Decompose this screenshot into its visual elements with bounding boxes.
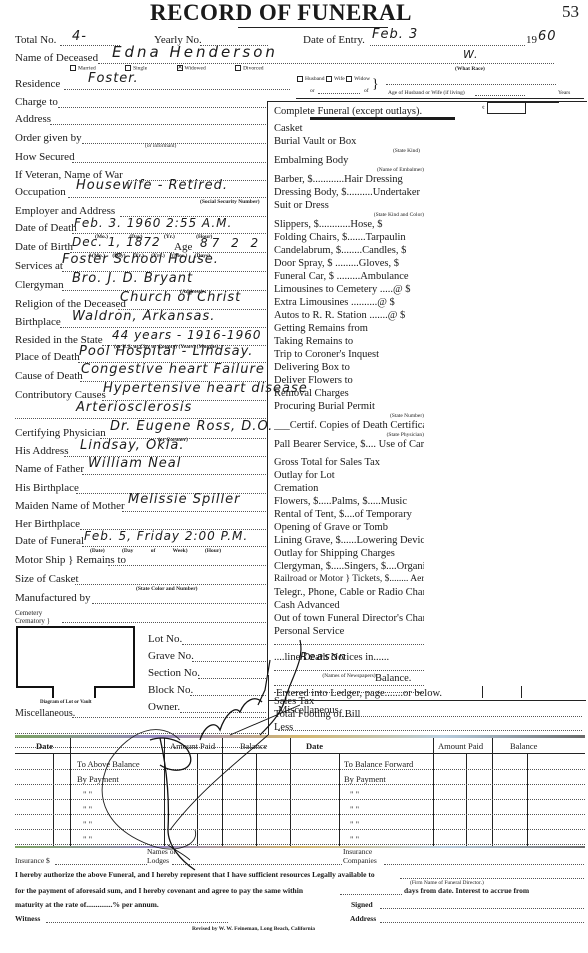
marital-divorced[interactable]: Divorced xyxy=(235,65,263,71)
occupation-line xyxy=(68,197,266,198)
charge-item[interactable]: Folding Chairs, $.......Tarpaulin xyxy=(274,231,424,244)
page-number: 53 xyxy=(562,2,579,22)
amount-box[interactable] xyxy=(487,102,525,114)
charge-item[interactable]: Flowers, $.....Palms, $.....Music xyxy=(274,495,424,508)
deceased-name-value[interactable]: Edna Henderson xyxy=(112,45,278,59)
cents-mark: ¢ xyxy=(482,105,485,111)
block-no-line[interactable] xyxy=(190,695,266,696)
race-value[interactable]: W. xyxy=(463,48,478,62)
charge-item[interactable]: Rental of Tent, $....of Temporary xyxy=(274,508,424,521)
brace: } xyxy=(372,78,379,91)
less-value[interactable]: Reason xyxy=(300,650,347,664)
days-line[interactable] xyxy=(340,894,402,895)
table-row[interactable]: To Balance Forward xyxy=(290,757,585,772)
charge-item[interactable]: Limousines to Cemetery .....@ $ xyxy=(274,283,424,296)
blank-line[interactable] xyxy=(274,644,424,645)
occupation-label: Occupation xyxy=(15,186,66,199)
charge-item[interactable]: Casket xyxy=(274,122,424,135)
mother-value[interactable]: Melissie Spiller xyxy=(128,493,240,507)
her-birthplace-label: Her Birthplace xyxy=(15,518,80,531)
date-of-death-value[interactable]: Feb. 3. 1960 2:55 A.M. xyxy=(74,216,232,230)
charge-item[interactable]: ....line Death Notices in...... xyxy=(274,651,424,664)
misc-right-line-1[interactable] xyxy=(342,716,582,717)
charge-item[interactable]: Candelabrum, $........Candles, $ xyxy=(274,244,424,257)
row-line xyxy=(290,784,585,785)
size-of-casket-label: Size of Casket xyxy=(15,573,79,586)
row-line xyxy=(290,799,585,800)
insurance-label: Insurance $ xyxy=(15,856,50,865)
charge-item[interactable]: Suit or Dress xyxy=(274,199,424,212)
misc-right-label: Miscellaneous xyxy=(278,704,339,717)
table-row[interactable]: " " xyxy=(290,787,585,802)
authorization-line-2b: days from date. Interest to accrue from xyxy=(404,886,529,895)
checkbox-icon[interactable] xyxy=(297,76,303,82)
spouse-widow[interactable]: Widow xyxy=(346,76,370,82)
ledger-divider xyxy=(521,686,522,698)
table-row[interactable]: " " xyxy=(290,832,585,847)
his-address-value[interactable]: Lindsay, Okla. xyxy=(80,439,185,453)
charge-item[interactable]: Telegr., Phone, Cable or Radio Charges xyxy=(274,586,424,599)
charge-item[interactable]: Opening of Grave or Tomb xyxy=(274,521,424,534)
signed-line[interactable] xyxy=(380,908,584,909)
spouse-options: Husband Wife Widow xyxy=(297,76,370,82)
panel-border-lower xyxy=(268,675,269,735)
residence-label: Residence xyxy=(15,78,60,91)
header-rule xyxy=(15,753,585,754)
name-line xyxy=(98,63,554,64)
physician-value[interactable]: Dr. Eugene Ross, D.O. xyxy=(110,420,273,434)
manufactured-by-label: Manufactured by xyxy=(15,592,90,605)
charge-item[interactable]: Procuring Burial Permit xyxy=(274,400,424,413)
amount-box-cents[interactable] xyxy=(525,102,559,114)
charge-item[interactable]: Getting Remains from xyxy=(274,322,424,335)
charge-item[interactable]: Out of town Funeral Director's Charges xyxy=(274,612,424,625)
charge-item[interactable]: Autos to R. R. Station .......@ $ xyxy=(274,309,424,322)
col-balance-header-right: Balance xyxy=(510,741,537,751)
mother-line xyxy=(122,511,266,512)
name-of-deceased-label: Name of Deceased xyxy=(15,52,98,65)
row-line xyxy=(15,799,290,800)
table-row[interactable]: To Above Balance xyxy=(15,757,290,772)
table-top-rule xyxy=(15,735,585,738)
col-date-header-right: Date xyxy=(306,741,323,751)
table-row[interactable]: " " xyxy=(15,817,290,832)
row-line xyxy=(290,814,585,815)
charge-item[interactable]: Embalming Body xyxy=(274,154,424,167)
father-label: Name of Father xyxy=(15,463,84,476)
checkbox-icon[interactable] xyxy=(70,65,76,71)
date-of-entry-label: Date of Entry. xyxy=(303,34,365,47)
ssn-caption: (Social Security Number) xyxy=(200,199,260,205)
row-line xyxy=(15,769,290,770)
lodges-line[interactable] xyxy=(172,864,342,865)
lot-no-line[interactable] xyxy=(182,644,266,645)
birthplace-value[interactable]: Waldron, Arkansas. xyxy=(72,310,215,324)
authorization-line-2: for the payment of aforesaid sum, and I … xyxy=(15,886,303,895)
his-address-label: His Address xyxy=(15,445,68,458)
services-at-value[interactable]: Foster School House. xyxy=(62,253,219,267)
total-no-line xyxy=(60,45,120,46)
charges-list: Casket Burial Vault or Box (State Kind) … xyxy=(274,122,424,734)
date-of-death-label: Date of Death xyxy=(15,222,77,235)
address-label-footer: Address xyxy=(350,914,376,923)
checkbox-icon[interactable] xyxy=(326,76,332,82)
table-bottom-rule xyxy=(15,846,585,848)
order-given-by-label: Order given by xyxy=(15,132,82,145)
year-prefix: 19 xyxy=(526,34,537,47)
owner-line[interactable] xyxy=(180,712,266,713)
charge-item[interactable]: Less xyxy=(274,721,424,734)
charge-item[interactable]: Funeral Car, $ .........Ambulance xyxy=(274,270,424,283)
spouse-name-line xyxy=(386,84,556,85)
charge-item[interactable]: Personal Service xyxy=(274,625,424,638)
charge-item[interactable]: Lining Grave, $......Lowering Device xyxy=(274,534,424,547)
diagram-caption: Diagram of Lot or Vault xyxy=(40,700,92,706)
col-balance-header: Balance xyxy=(240,741,267,751)
birthplace-label: Birthplace xyxy=(15,316,61,329)
resided-value[interactable]: 44 years - 1916-1960 xyxy=(112,328,261,342)
insurance-line[interactable] xyxy=(55,864,147,865)
charge-item[interactable]: Door Spray, $ .........Gloves, $ xyxy=(274,257,424,270)
section-no-line[interactable] xyxy=(198,678,266,679)
ledger-divider xyxy=(482,686,483,698)
charge-to-label: Charge to xyxy=(15,96,58,109)
spouse-wife[interactable]: Wife xyxy=(326,76,345,82)
spouse-husband[interactable]: Husband xyxy=(297,76,325,82)
section-no-label: Section No. xyxy=(148,667,200,680)
manufactured-line[interactable] xyxy=(92,603,266,604)
services-at-label: Services at xyxy=(15,260,63,273)
firm-name-line[interactable] xyxy=(400,878,584,879)
footer-address-line[interactable] xyxy=(380,922,584,923)
mother-label: Maiden Name of Mother xyxy=(15,500,125,513)
father-line xyxy=(82,474,266,475)
checkbox-icon[interactable] xyxy=(235,65,241,71)
misc-right-line-2[interactable] xyxy=(278,730,582,731)
age-value[interactable]: 87 2 2 xyxy=(200,236,262,250)
ins-companies-label-1: Insurance xyxy=(343,847,372,856)
charge-item[interactable]: Cremation xyxy=(274,482,424,495)
col-amount-paid-header-right: Amount Paid xyxy=(438,741,483,751)
authorization-line-1: I hereby authorize the above Funeral, an… xyxy=(15,870,375,879)
charge-item[interactable]: Slippers, $............Hose, $ xyxy=(274,218,424,231)
grave-no-label: Grave No. xyxy=(148,650,194,663)
ins-companies-label-2: Companies xyxy=(343,856,377,865)
date-of-birth-value[interactable]: Dec. 1, 1872 xyxy=(72,235,161,249)
date-of-entry-line xyxy=(370,45,525,46)
diagram-opening xyxy=(54,686,94,690)
checkbox-checked-icon[interactable]: ✕ xyxy=(177,65,183,71)
total-no-label: Total No. xyxy=(15,34,56,47)
charge-item[interactable]: Outlay for Lot xyxy=(274,469,424,482)
grave-no-line[interactable] xyxy=(192,661,266,662)
charge-item[interactable]: Railroad or Motor } Tickets, $........ A… xyxy=(274,573,424,586)
table-row[interactable]: " " xyxy=(290,817,585,832)
document-title: RECORD OF FUNERAL xyxy=(150,0,412,26)
date-of-entry-value[interactable]: Feb. 3 xyxy=(372,28,418,42)
funeral-line xyxy=(82,546,266,547)
father-value[interactable]: William Neal xyxy=(88,457,181,471)
row-line xyxy=(15,844,290,845)
signed-label: Signed xyxy=(351,900,373,909)
cause-of-death-label: Cause of Death xyxy=(15,370,83,383)
lot-diagram-box xyxy=(16,626,135,688)
blank-line[interactable] xyxy=(274,685,424,686)
balance-label: Balance. xyxy=(375,672,411,685)
table-row[interactable]: " " xyxy=(290,802,585,817)
misc-left-line-1[interactable] xyxy=(72,717,266,718)
spouse-rule xyxy=(296,98,584,99)
row-line xyxy=(290,829,585,830)
casket-caption: (State Color and Number) xyxy=(136,586,197,592)
ins-companies-line[interactable] xyxy=(384,864,584,865)
blank-line[interactable] xyxy=(274,670,424,671)
charge-item[interactable]: Dressing Body, $..........Undertaker xyxy=(274,186,424,199)
lodges-label-2: Lodges xyxy=(147,856,169,865)
place-of-death-value[interactable]: Pool Hospital - Lindsay. xyxy=(79,345,253,359)
table-row[interactable]: " " xyxy=(15,832,290,847)
year-value[interactable]: 60 xyxy=(538,30,557,44)
order-caption: (or informant) xyxy=(145,143,176,149)
how-secured-label: How Secured xyxy=(15,151,75,164)
address-label: Address xyxy=(15,113,51,126)
row-line xyxy=(15,814,290,815)
spouse-age-line xyxy=(475,95,525,96)
witness-label: Witness xyxy=(15,914,40,923)
diagram-leg-left xyxy=(52,686,54,698)
spouse-age-caption: Age of Husband or Wife (if living) xyxy=(388,90,465,96)
table-row[interactable]: By Payment xyxy=(290,772,585,787)
occupation-value[interactable]: Housewife - Retired. xyxy=(76,179,228,193)
authorization-line-3: maturity at the rate of..............% p… xyxy=(15,900,159,909)
owner-label: Owner. xyxy=(148,701,180,714)
misc-left-label: Miscellaneous. xyxy=(15,707,75,720)
charge-item[interactable]: Taking Remains to xyxy=(274,335,424,348)
address-line[interactable] xyxy=(50,124,266,125)
cemetery-label: Cemetery Crematory } xyxy=(15,609,65,625)
cause-of-death-value[interactable]: Congestive heart Failure xyxy=(81,363,265,377)
residence-line xyxy=(64,89,290,90)
right-payment-rows: To Balance Forward By Payment " " " " " … xyxy=(290,757,585,847)
charge-item[interactable]: ___Certif. Copies of Death Certificate xyxy=(274,419,424,432)
charge-item[interactable]: Pall Bearer Service, $.... Use of Car xyxy=(274,438,424,451)
race-caption: (What Race) xyxy=(455,66,485,72)
remains-to-line[interactable] xyxy=(108,565,266,566)
row-line xyxy=(290,769,585,770)
charge-item[interactable]: Trip to Coroner's Inquest xyxy=(274,348,424,361)
revised-by: Revised by W. W. Feineman, Long Beach, C… xyxy=(192,926,315,932)
charge-item[interactable]: Removal Charges xyxy=(274,387,424,400)
table-row[interactable]: By Payment xyxy=(15,772,290,787)
date-of-funeral-label: Date of Funeral xyxy=(15,535,84,548)
charge-item[interactable]: Extra Limousines ..........@ $ xyxy=(274,296,424,309)
charge-item[interactable]: Gross Total for Sales Tax xyxy=(274,456,424,469)
charge-item[interactable]: Barber, $............Hair Dressing xyxy=(274,173,424,186)
how-secured-line[interactable] xyxy=(72,162,266,163)
clergyman-value[interactable]: Bro. J. D. Bryant xyxy=(72,272,193,286)
total-no-value[interactable]: 4- xyxy=(72,30,87,44)
spouse-years: Years xyxy=(558,90,570,96)
ledger-rule xyxy=(268,700,586,701)
cemetery-line[interactable] xyxy=(62,622,266,623)
casket-size-line[interactable] xyxy=(75,584,266,585)
lot-no-label: Lot No. xyxy=(148,633,182,646)
charge-item[interactable]: Deliver Flowers to xyxy=(274,374,424,387)
religion-value[interactable]: Church of Christ xyxy=(120,291,241,305)
charge-item[interactable]: Burial Vault or Box xyxy=(274,135,424,148)
charge-item[interactable]: Outlay for Shipping Charges xyxy=(274,547,424,560)
row-line xyxy=(15,784,290,785)
charge-item[interactable]: Clergyman, $.....Singers, $....Organist xyxy=(274,560,424,573)
checkbox-icon[interactable] xyxy=(346,76,352,82)
ledger-label: Entered into Ledger, page.......or below… xyxy=(276,687,442,700)
diagram-leg-right xyxy=(94,686,96,698)
his-birthplace-label: His Birthplace xyxy=(15,482,79,495)
heading-bar xyxy=(310,117,455,120)
spouse-or-line xyxy=(318,93,360,94)
table-row[interactable]: " " xyxy=(15,802,290,817)
col-amount-paid-header: Amount Paid xyxy=(170,741,215,751)
marital-widowed[interactable]: ✕Widowed xyxy=(177,65,206,71)
spouse-or: or xyxy=(310,88,315,94)
residence-value[interactable]: Foster. xyxy=(88,72,139,86)
date-of-funeral-value[interactable]: Feb. 5, Friday 2:00 P.M. xyxy=(84,529,248,543)
table-row[interactable]: " " xyxy=(15,787,290,802)
spouse-of: of xyxy=(364,88,369,94)
row-line xyxy=(290,844,585,845)
charge-item[interactable]: Delivering Box to xyxy=(274,361,424,374)
charge-item[interactable]: Cash Advanced xyxy=(274,599,424,612)
charge-to-line[interactable] xyxy=(58,107,266,108)
left-payment-rows: To Above Balance By Payment " " " " " " … xyxy=(15,757,290,847)
clergyman-label: Clergyman xyxy=(15,279,64,292)
place-of-death-label: Place of Death xyxy=(15,351,80,364)
block-no-label: Block No. xyxy=(148,684,193,697)
misc-left-line-2[interactable] xyxy=(15,733,266,734)
title-underline xyxy=(238,27,388,28)
witness-line[interactable] xyxy=(46,922,228,923)
contributory-value-2[interactable]: Arteriosclerosis xyxy=(76,401,192,415)
lodges-label-1: Names of xyxy=(147,847,176,856)
row-line xyxy=(15,829,290,830)
col-date-header: Date xyxy=(36,741,53,751)
